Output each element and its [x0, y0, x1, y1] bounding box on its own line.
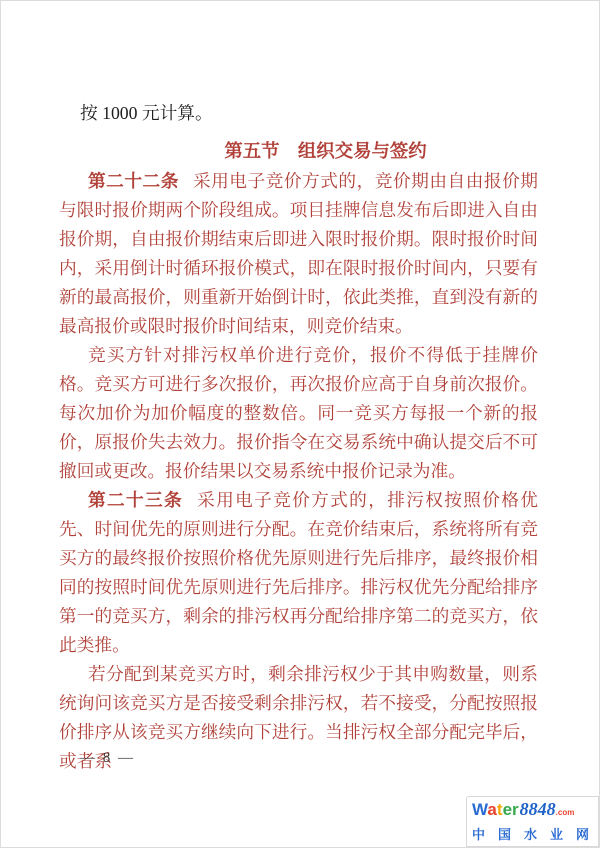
article-22-text: 采用电子竞价方式的，竞价期由自由报价期与限时报价期两个阶段组成。项目挂牌信息发布…	[59, 171, 538, 336]
section-heading: 第五节 组织交易与签约	[86, 136, 565, 165]
document-page: 按 1000 元计算。 第五节 组织交易与签约 第二十二条采用电子竞价方式的，竞…	[0, 0, 600, 848]
brand-number-8848: 8848	[520, 799, 556, 819]
paragraph-article-22: 第二十二条采用电子竞价方式的，竞价期由自由报价期与限时报价期两个阶段组成。项目挂…	[59, 167, 538, 341]
brand-tld-com: .com	[556, 808, 575, 817]
watermark-brand-line: Water8848.com	[472, 799, 593, 823]
continuation-line: 按 1000 元计算。	[59, 99, 538, 128]
brand-letter-a: a	[487, 800, 496, 819]
water8848-watermark-logo[interactable]: Water8848.com 中国水业网	[466, 796, 599, 847]
page-number: — 8 —	[80, 750, 135, 767]
article-23-text: 采用电子竞价方式的，排污权按照价格优先、时间优先的原则进行分配。在竞价结束后，系…	[59, 490, 538, 655]
paragraph-bidding-rules: 竞买方针对排污权单价进行竞价，报价不得低于挂牌价格。竞买方可进行多次报价，再次报…	[59, 341, 538, 486]
brand-letter-w: W	[472, 800, 487, 819]
paragraph-2-text: 竞买方针对排污权单价进行竞价，报价不得低于挂牌价格。竞买方可进行多次报价，再次报…	[59, 345, 538, 481]
document-body: 按 1000 元计算。 第五节 组织交易与签约 第二十二条采用电子竞价方式的，竞…	[59, 99, 538, 776]
paragraph-article-23: 第二十三条采用电子竞价方式的，排污权按照价格优先、时间优先的原则进行分配。在竞价…	[59, 486, 538, 660]
article-22-term: 第二十二条	[88, 171, 179, 191]
brand-letter-r: r	[512, 800, 519, 819]
watermark-subtitle: 中国水业网	[472, 827, 600, 843]
article-23-term: 第二十三条	[88, 490, 183, 510]
brand-letter-e: e	[503, 800, 512, 819]
